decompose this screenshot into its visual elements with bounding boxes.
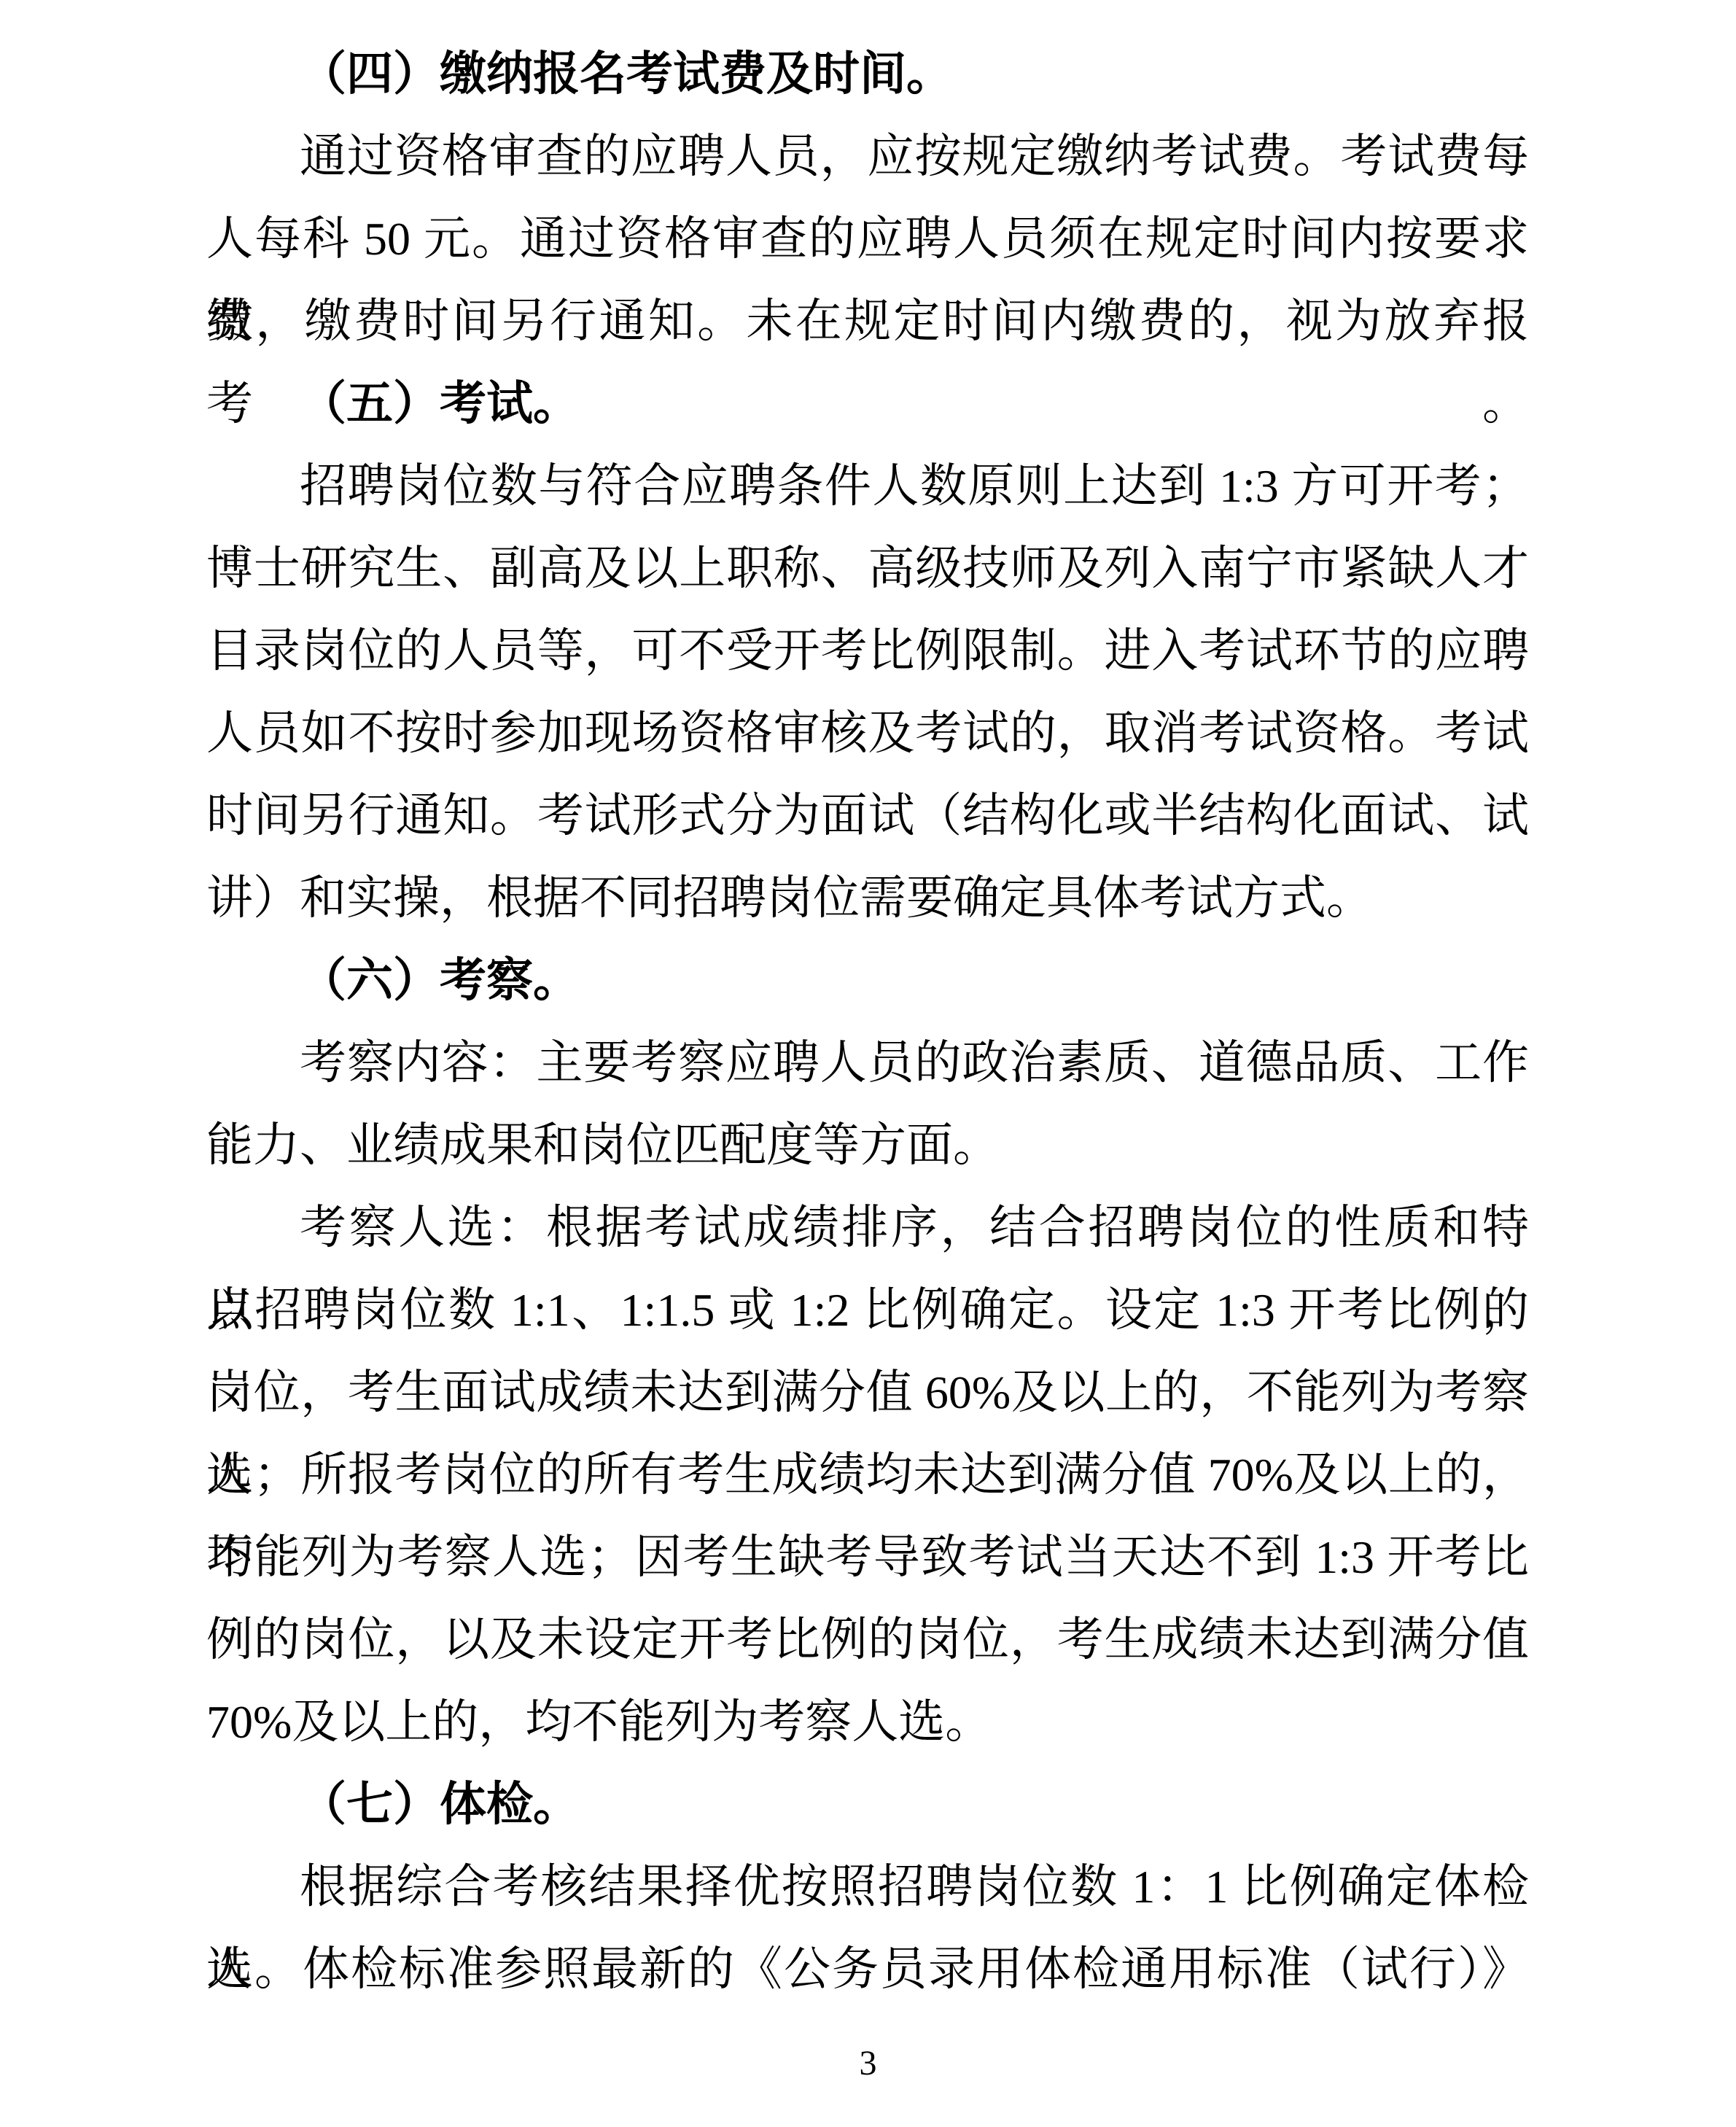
text-line: 不能列为考察人选；因考生缺考导致考试当天达不到 1:3 开考比 — [206, 1516, 1529, 1598]
paragraph: 通过资格审查的应聘人员，应按规定缴纳考试费。考试费每人每科 50 元。通过资格审… — [206, 115, 1529, 362]
text-line: 人员如不按时参加现场资格审核及考试的，取消考试资格。考试 — [206, 692, 1529, 774]
text-line: 目录岗位的人员等，可不受开考比例限制。进入考试环节的应聘 — [206, 610, 1529, 692]
text-line: 能力、业绩成果和岗位匹配度等方面。 — [206, 1104, 1529, 1186]
text-line: 考察内容：主要考察应聘人员的政治素质、道德品质、工作 — [206, 1022, 1529, 1104]
text-line: 以招聘岗位数 1:1、1:1.5 或 1:2 比例确定。设定 1:3 开考比例的 — [206, 1269, 1529, 1351]
text-line: 选。体检标准参照最新的《公务员录用体检通用标准（试行）》 — [206, 1928, 1529, 2010]
document-page: （四）缴纳报名考试费及时间。通过资格审查的应聘人员，应按规定缴纳考试费。考试费每… — [0, 0, 1736, 2127]
text-line: 时间另行通知。考试形式分为面试（结构化或半结构化面试、试 — [206, 774, 1529, 857]
text-line: 招聘岗位数与符合应聘条件人数原则上达到 1:3 方可开考； — [206, 445, 1529, 527]
text-line: 例的岗位，以及未设定开考比例的岗位，考生成绩未达到满分值 — [206, 1598, 1529, 1681]
paragraph: 根据综合考核结果择优按照招聘岗位数 1：1 比例确定体检人选。体检标准参照最新的… — [206, 1846, 1529, 2010]
document-body: （四）缴纳报名考试费及时间。通过资格审查的应聘人员，应按规定缴纳考试费。考试费每… — [206, 33, 1529, 2010]
section-heading: （七）体检。 — [206, 1763, 1529, 1846]
text-line: （六）考察。 — [206, 939, 1529, 1022]
text-line: 考察人选：根据考试成绩排序，结合招聘岗位的性质和特点， — [206, 1186, 1529, 1269]
paragraph: 考察内容：主要考察应聘人员的政治素质、道德品质、工作能力、业绩成果和岗位匹配度等… — [206, 1022, 1529, 1186]
text-line: 根据综合考核结果择优按照招聘岗位数 1：1 比例确定体检人 — [206, 1846, 1529, 1928]
page-number: 3 — [0, 2040, 1736, 2087]
text-line: 人每科 50 元。通过资格审查的应聘人员须在规定时间内按要求缴 — [206, 198, 1529, 280]
text-line: 讲）和实操，根据不同招聘岗位需要确定具体考试方式。 — [206, 857, 1529, 939]
text-line: （四）缴纳报名考试费及时间。 — [206, 33, 1529, 115]
section-heading: （六）考察。 — [206, 939, 1529, 1022]
text-line: 费，缴费时间另行通知。未在规定时间内缴费的，视为放弃报考。 — [206, 280, 1529, 362]
section-heading: （四）缴纳报名考试费及时间。 — [206, 33, 1529, 115]
paragraph: 考察人选：根据考试成绩排序，结合招聘岗位的性质和特点，以招聘岗位数 1:1、1:… — [206, 1186, 1529, 1763]
text-line: 博士研究生、副高及以上职称、高级技师及列入南宁市紧缺人才 — [206, 527, 1529, 610]
text-line: 岗位，考生面试成绩未达到满分值 60%及以上的，不能列为考察人 — [206, 1351, 1529, 1434]
text-line: 选；所报考岗位的所有考生成绩均未达到满分值 70%及以上的，均 — [206, 1434, 1529, 1516]
text-line: 70%及以上的，均不能列为考察人选。 — [206, 1681, 1529, 1763]
text-line: 通过资格审查的应聘人员，应按规定缴纳考试费。考试费每 — [206, 115, 1529, 198]
text-line: （七）体检。 — [206, 1763, 1529, 1846]
paragraph: 招聘岗位数与符合应聘条件人数原则上达到 1:3 方可开考；博士研究生、副高及以上… — [206, 445, 1529, 939]
